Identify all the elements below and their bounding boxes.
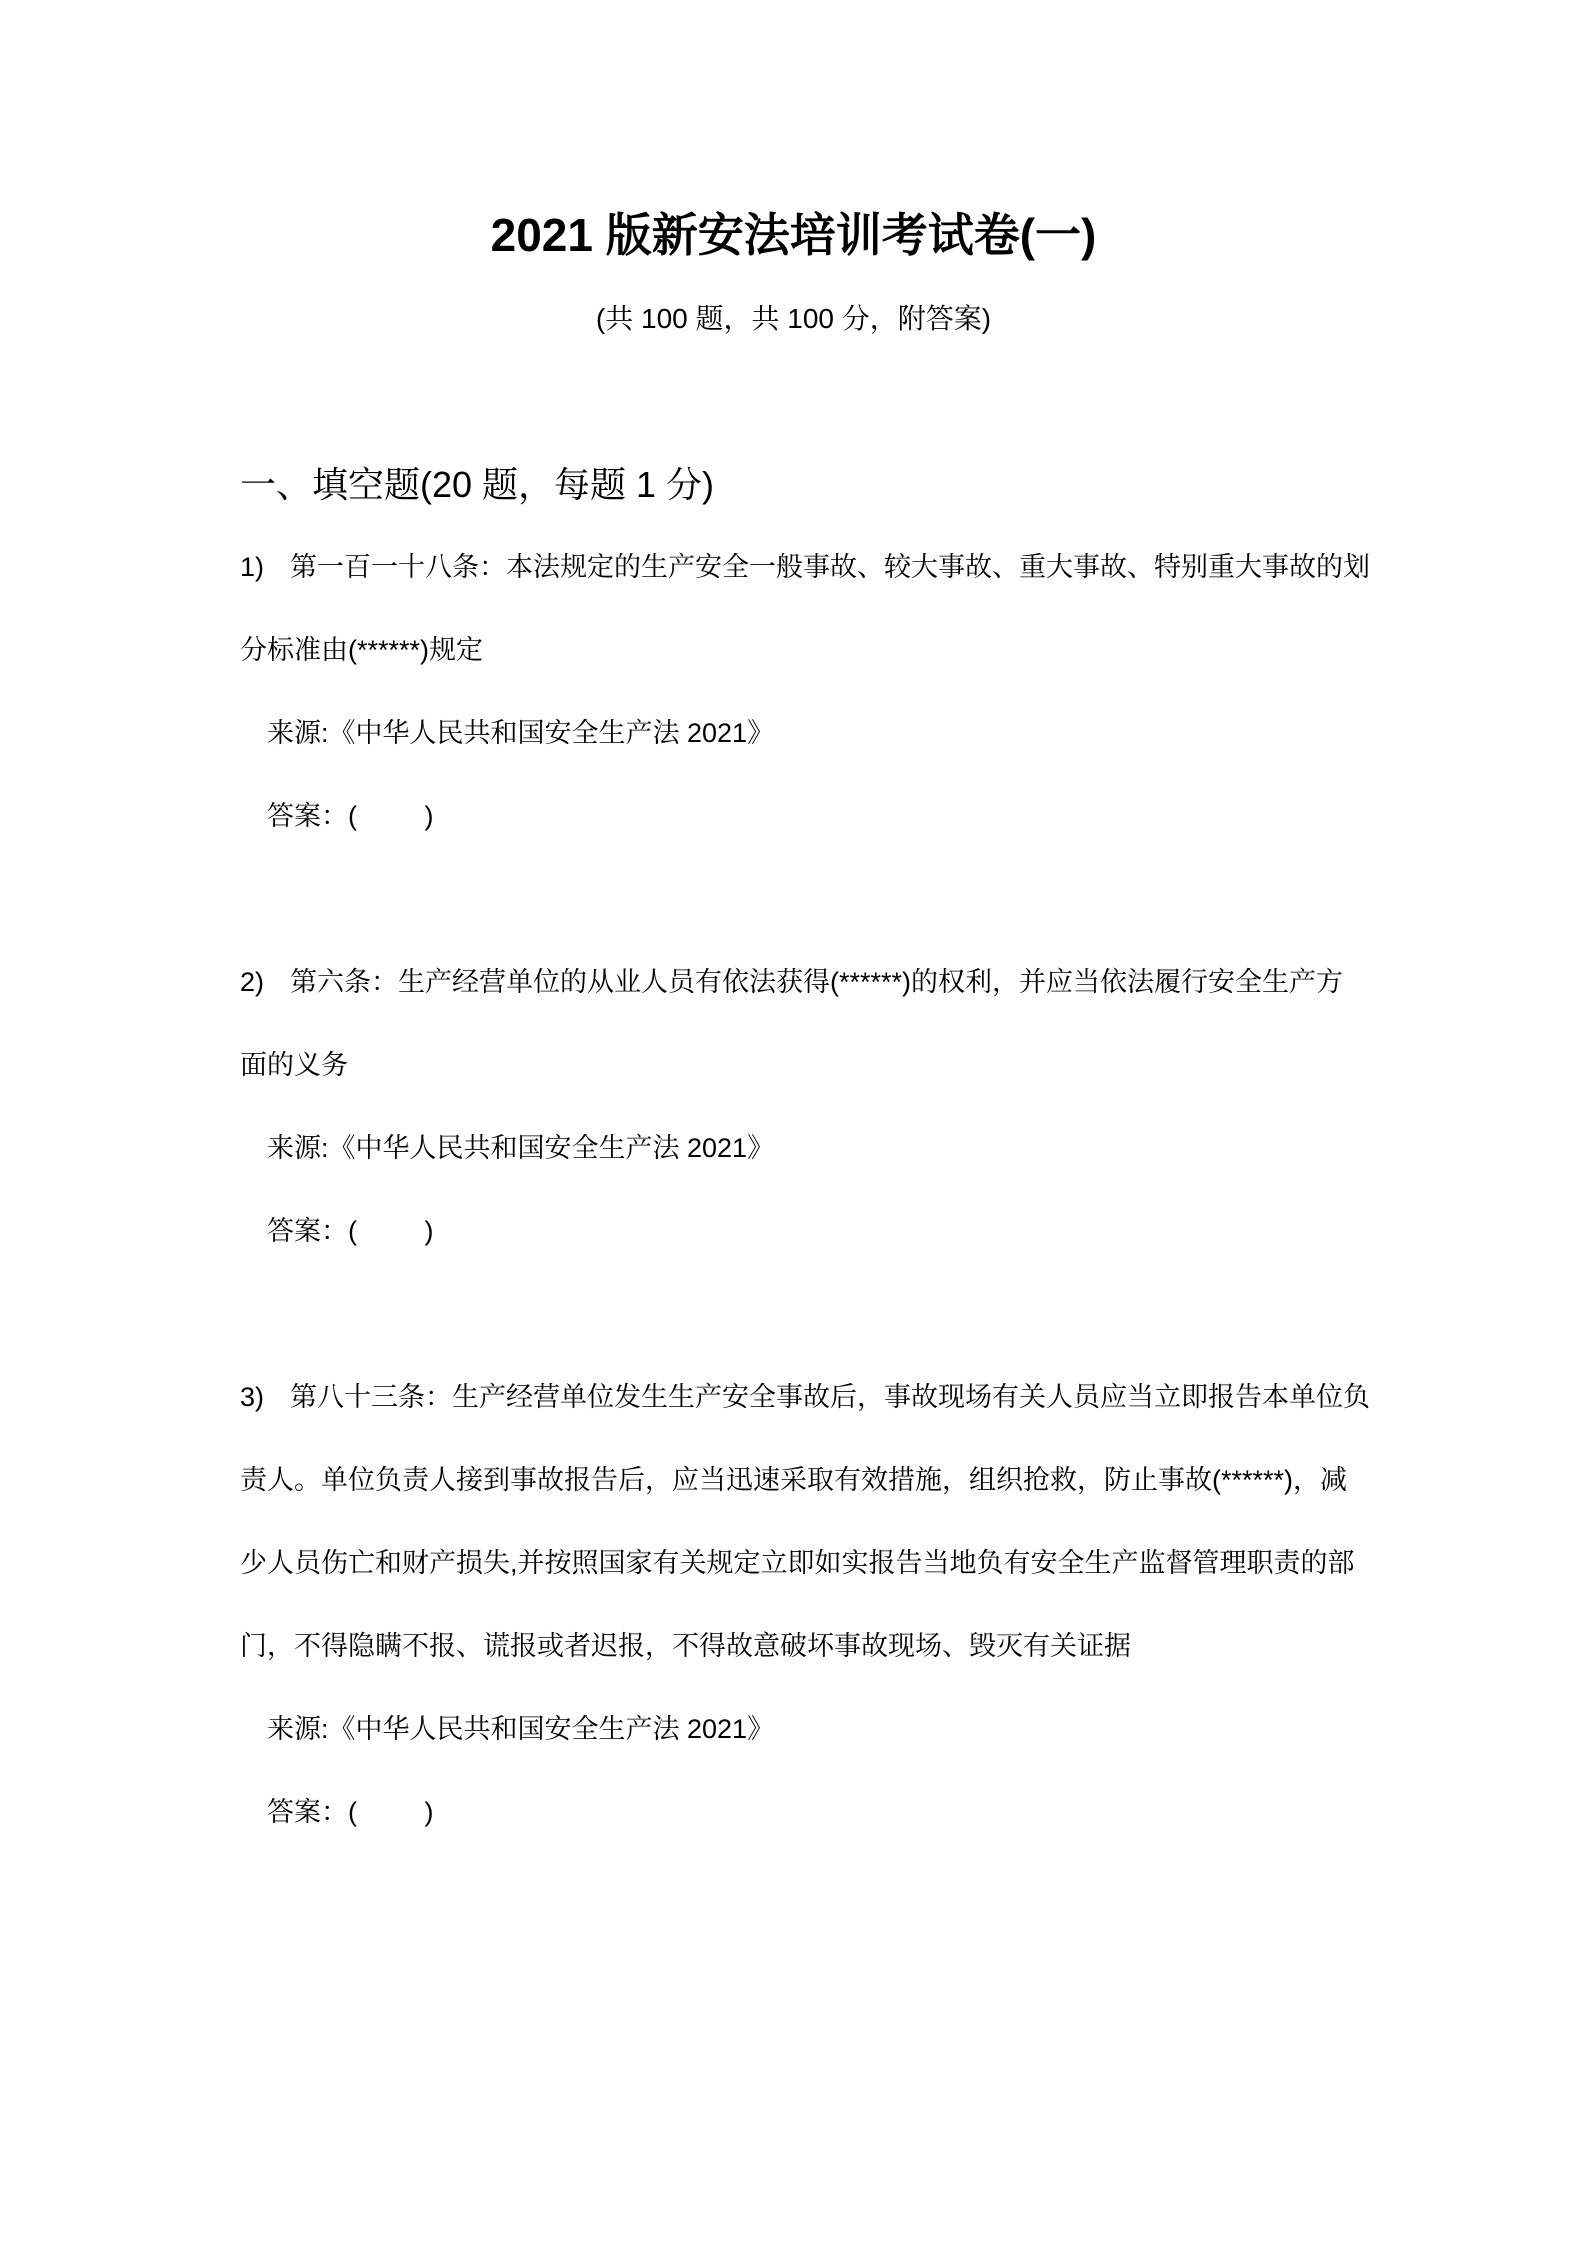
question-text-line: 面的义务	[240, 1024, 1347, 1107]
question-source: 来源:《中华人民共和国安全生产法 2021》	[240, 692, 1347, 775]
question-text-line: 第六条：生产经营单位的从业人员有依法获得(******)的权利，并应当依法履行安…	[290, 967, 1343, 997]
blank-line	[240, 858, 1347, 941]
question-number: 3)	[240, 1356, 290, 1439]
question-source: 来源:《中华人民共和国安全生产法 2021》	[240, 1107, 1347, 1190]
blank-line	[240, 360, 1347, 443]
question-line: 1)第一百一十八条：本法规定的生产安全一般事故、较大事故、重大事故、特别重大事故…	[240, 526, 1347, 609]
question-answer: 答案：( )	[240, 1771, 1347, 1854]
question-source: 来源:《中华人民共和国安全生产法 2021》	[240, 1688, 1347, 1771]
section-heading: 一、填空题(20 题，每题 1 分)	[240, 443, 1347, 526]
question-text-line: 少人员伤亡和财产损失,并按照国家有关规定立即如实报告当地负有安全生产监督管理职责…	[240, 1522, 1347, 1605]
question-3: 3)第八十三条：生产经营单位发生生产安全事故后，事故现场有关人员应当立即报告本单…	[240, 1356, 1347, 1854]
document-title: 2021 版新安法培训考试卷(一)	[240, 194, 1347, 277]
question-text-line: 分标准由(******)规定	[240, 609, 1347, 692]
question-text-line: 第八十三条：生产经营单位发生生产安全事故后，事故现场有关人员应当立即报告本单位负	[290, 1382, 1370, 1412]
question-answer: 答案：( )	[240, 1190, 1347, 1273]
question-line: 2)第六条：生产经营单位的从业人员有依法获得(******)的权利，并应当依法履…	[240, 941, 1347, 1024]
document-content: 2021 版新安法培训考试卷(一) (共 100 题，共 100 分，附答案) …	[0, 0, 1587, 1854]
question-number: 1)	[240, 526, 290, 609]
question-number: 2)	[240, 941, 290, 1024]
blank-line	[240, 1273, 1347, 1356]
question-text-line: 门，不得隐瞒不报、谎报或者迟报，不得故意破坏事故现场、毁灭有关证据	[240, 1605, 1347, 1688]
question-2: 2)第六条：生产经营单位的从业人员有依法获得(******)的权利，并应当依法履…	[240, 941, 1347, 1273]
question-1: 1)第一百一十八条：本法规定的生产安全一般事故、较大事故、重大事故、特别重大事故…	[240, 526, 1347, 858]
question-line: 3)第八十三条：生产经营单位发生生产安全事故后，事故现场有关人员应当立即报告本单…	[240, 1356, 1347, 1439]
question-text-line: 责人。单位负责人接到事故报告后，应当迅速采取有效措施，组织抢救，防止事故(***…	[240, 1439, 1347, 1522]
document-page: 2021 版新安法培训考试卷(一) (共 100 题，共 100 分，附答案) …	[0, 0, 1587, 2245]
question-text-line: 第一百一十八条：本法规定的生产安全一般事故、较大事故、重大事故、特别重大事故的划	[290, 552, 1370, 582]
question-answer: 答案：( )	[240, 775, 1347, 858]
document-subtitle: (共 100 题，共 100 分，附答案)	[240, 277, 1347, 360]
